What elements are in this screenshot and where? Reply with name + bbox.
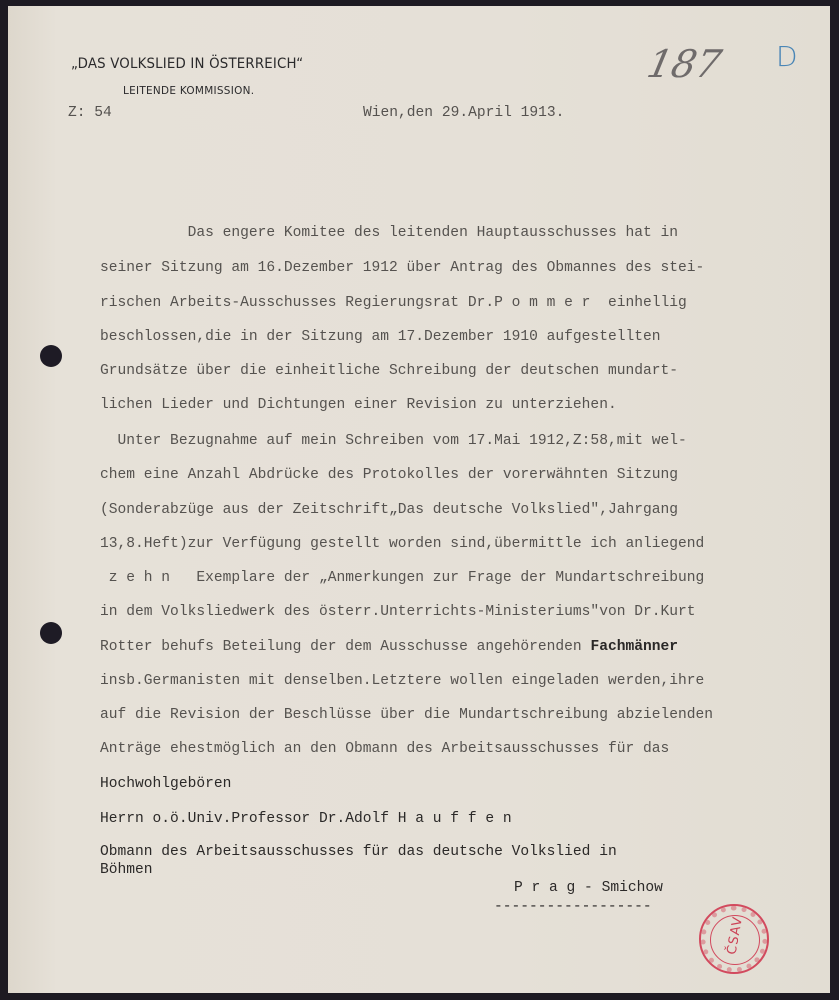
body-line-text: Rotter behufs Beteilung der dem Ausschus…	[100, 639, 590, 655]
body-line: Das engere Komitee des leitenden Hauptau…	[100, 225, 678, 241]
body-line: Anträge ehestmöglich an den Obmann des A…	[100, 741, 669, 757]
letterhead-title: „DAS VOLKSLIED IN ÖSTERREICH“	[71, 56, 303, 72]
letterhead-subtitle: LEITENDE KOMMISSION.	[123, 84, 254, 97]
date-line: Wien,den 29.April 1913.	[363, 105, 564, 121]
body-line: rischen Arbeits-Ausschusses Regierungsra…	[100, 295, 687, 311]
reference-number: Z: 54	[68, 105, 112, 121]
folio-number-annotation: 187	[643, 42, 725, 86]
body-line: 13,8.Heft)zur Verfügung gestellt worden …	[100, 536, 704, 552]
institution-stamp: ČSAV	[699, 904, 769, 974]
body-line: Grundsätze über die einheitliche Schreib…	[100, 363, 678, 379]
body-line: insb.Germanisten mit denselben.Letztere …	[100, 673, 704, 689]
body-line: chem eine Anzahl Abdrücke des Protokolle…	[100, 467, 678, 483]
salutation: Hochwohlgebören	[100, 776, 231, 792]
body-line: (Sonderabzüge aus der Zeitschrift„Das de…	[100, 502, 678, 518]
body-line: lichen Lieder und Dichtungen einer Revis…	[100, 397, 617, 413]
letter-page: „DAS VOLKSLIED IN ÖSTERREICH“ LEITENDE K…	[8, 6, 830, 993]
body-line: Rotter behufs Beteilung der dem Ausschus…	[100, 639, 678, 655]
addressee-role: Obmann des Arbeitsausschusses für das de…	[100, 844, 617, 860]
body-line: seiner Sitzung am 16.Dezember 1912 über …	[100, 260, 704, 276]
punch-hole-top	[40, 345, 62, 367]
body-line: beschlossen,die in der Sitzung am 17.Dez…	[100, 329, 661, 345]
addressee-role-cont: Böhmen	[100, 862, 153, 878]
body-line: z e h n Exemplare der „Anmerkungen zur F…	[100, 570, 704, 586]
addressee-name: Herrn o.ö.Univ.Professor Dr.Adolf H a u …	[100, 811, 512, 827]
punch-hole-bottom	[40, 622, 62, 644]
body-line: in dem Volksliedwerk des österr.Unterric…	[100, 604, 696, 620]
city-underline: ------------------	[494, 899, 652, 915]
addressee-city: P r a g - Smichow	[514, 880, 663, 896]
bold-word: Fachmänner	[590, 639, 678, 655]
body-line: Unter Bezugnahme auf mein Schreiben vom …	[100, 433, 687, 449]
body-line: auf die Revision der Beschlüsse über die…	[100, 707, 713, 723]
letter-d-annotation: D	[776, 40, 798, 73]
